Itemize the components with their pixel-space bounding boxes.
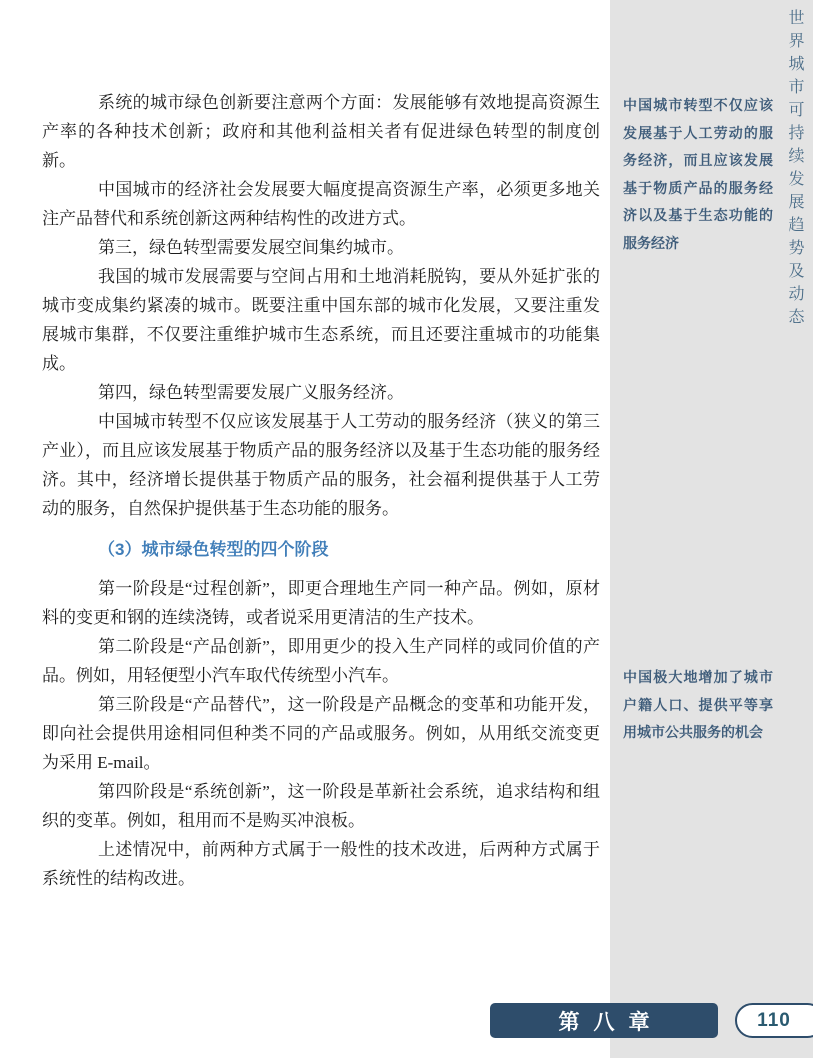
chapter-banner-label: 第八章 <box>545 1006 664 1036</box>
sidebar-callout-service-economy: 中国城市转型不仅应该发展基于人工劳动的服务经济，而且应该发展基于物质产品的服务经… <box>623 92 773 257</box>
paragraph-compact-city: 我国的城市发展需要与空间占用和土地消耗脱钩，要从外延扩张的城市变成集约紧凑的城市… <box>42 262 600 378</box>
main-text-column: 系统的城市绿色创新要注意两个方面：发展能够有效地提高资源生产率的各种技术创新；政… <box>42 88 600 893</box>
paragraph-stage-two: 第二阶段是“产品创新”，即用更少的投入生产同样的或同价值的产品。例如，用轻便型小… <box>42 632 600 690</box>
paragraph-stage-four: 第四阶段是“系统创新”，这一阶段是革新社会系统，追求结构和组织的变革。例如，租用… <box>42 777 600 835</box>
sidebar-callout-urban-population: 中国极大地增加了城市户籍人口、提供平等享用城市公共服务的机会 <box>623 664 773 747</box>
paragraph-green-innovation: 系统的城市绿色创新要注意两个方面：发展能够有效地提高资源生产率的各种技术创新；政… <box>42 88 600 175</box>
paragraph-third-point: 第三，绿色转型需要发展空间集约城市。 <box>42 233 600 262</box>
sidebar-panel: 世界城市可持续发展趋势及动态 中国城市转型不仅应该发展基于人工劳动的服务经济，而… <box>610 0 813 1058</box>
chapter-banner: 第八章 <box>490 1003 718 1038</box>
sidebar-vertical-title: 世界城市可持续发展趋势及动态 <box>783 9 806 331</box>
paragraph-fourth-point: 第四，绿色转型需要发展广义服务经济。 <box>42 378 600 407</box>
page-number-badge: 110 <box>735 1003 813 1038</box>
section-heading-four-stages: （3）城市绿色转型的四个阶段 <box>42 535 600 564</box>
paragraph-stage-three: 第三阶段是“产品替代”，这一阶段是产品概念的变革和功能开发，即向社会提供用途相同… <box>42 690 600 777</box>
book-page: 世界城市可持续发展趋势及动态 中国城市转型不仅应该发展基于人工劳动的服务经济，而… <box>0 0 813 1058</box>
paragraph-stage-one: 第一阶段是“过程创新”，即更合理地生产同一种产品。例如，原材料的变更和钢的连续浇… <box>42 574 600 632</box>
page-number-label: 110 <box>757 1010 803 1032</box>
paragraph-service-economy: 中国城市转型不仅应该发展基于人工劳动的服务经济（狭义的第三产业），而且应该发展基… <box>42 407 600 523</box>
paragraph-summary: 上述情况中，前两种方式属于一般性的技术改进，后两种方式属于系统性的结构改进。 <box>42 835 600 893</box>
paragraph-resource-productivity: 中国城市的经济社会发展要大幅度提高资源生产率，必须更多地关注产品替代和系统创新这… <box>42 175 600 233</box>
